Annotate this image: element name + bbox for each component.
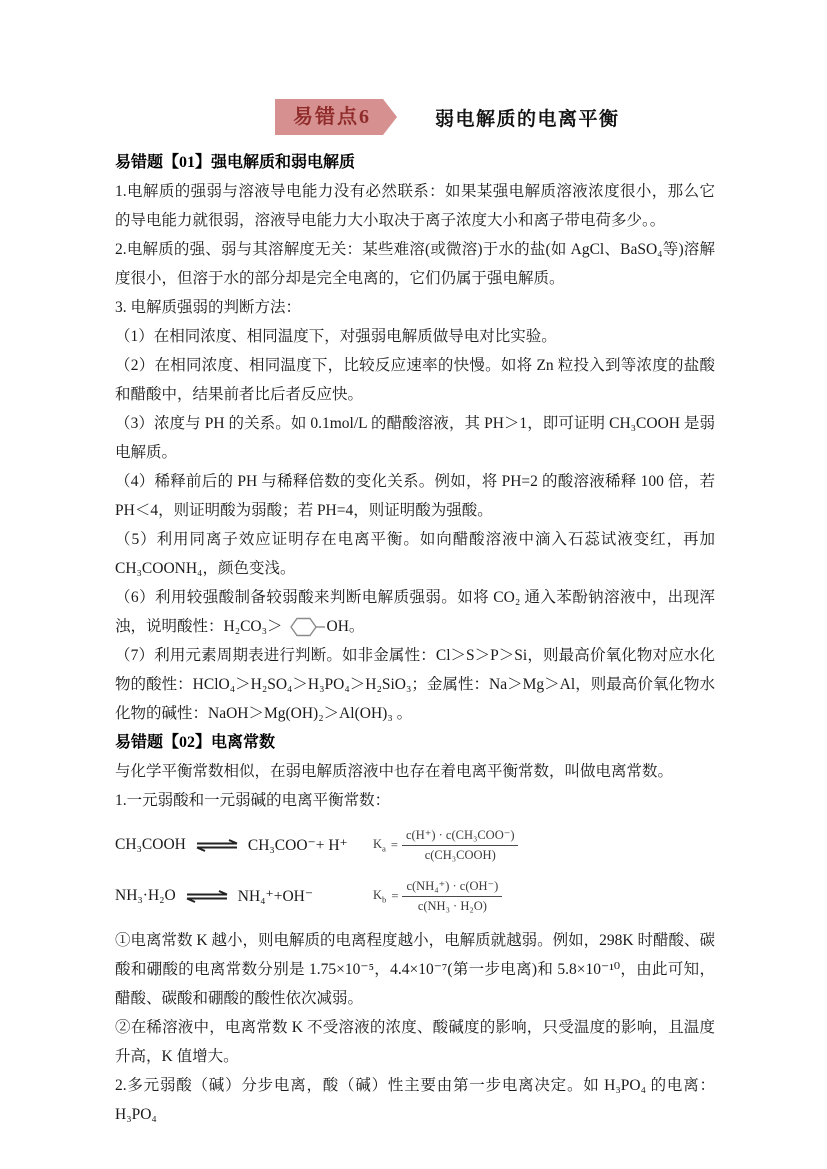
equation-ammonia: NH₃·H₂O NH₄⁺+OH⁻ Kb = c(NH₄⁺) · c(OH⁻) c… bbox=[115, 875, 715, 917]
list-item-7: （7）利用元素周期表进行判断。如非金属性：Cl＞S＞P＞Si，则最高价氧化物对应… bbox=[115, 641, 715, 728]
document-content: 易错点6 弱电解质的电离平衡 易错题【01】强电解质和弱电解质 1.电解质的强弱… bbox=[115, 96, 715, 1129]
list-item-6-text: （6）利用较强酸制备较弱酸来判断电解质强弱。如将 CO₂ 通入苯酚钠溶液中，出现… bbox=[115, 589, 715, 635]
equals-sign: = bbox=[391, 889, 398, 904]
equation-lhs: NH₃·H₂O bbox=[115, 887, 176, 905]
equation-ammonia-expression: NH₃·H₂O NH₄⁺+OH⁻ bbox=[115, 887, 373, 906]
note-circle-1: ①电离常数 K 越小，则电解质的电离程度越小，电解质就越弱。例如，298K 时醋… bbox=[115, 926, 715, 1013]
banner-tag-label: 易错点6 bbox=[293, 106, 371, 128]
ka-denominator: c(CH₃COOH) bbox=[402, 846, 519, 864]
equals-sign: = bbox=[391, 838, 398, 853]
equation-acetic-acid: CH₃COOH CH₃COO⁻+ H⁺ Ka = c(H⁺) · c(CH₃CO… bbox=[115, 824, 715, 866]
section-01-header: 易错题【01】强电解质和弱电解质 bbox=[115, 148, 715, 177]
paragraph-solubility: 2.电解质的强、弱与其溶解度无关：某些难溶(或微溶)于水的盐(如 AgCl、Ba… bbox=[115, 235, 715, 293]
equilibrium-arrow-icon bbox=[194, 839, 240, 852]
equation-rhs: NH₄⁺+OH⁻ bbox=[238, 887, 313, 906]
ka-numerator: c(H⁺) · c(CH₃COO⁻) bbox=[402, 827, 519, 846]
list-item-3: （3）浓度与 PH 的关系。如 0.1mol/L 的醋酸溶液，其 PH＞1，即可… bbox=[115, 409, 715, 467]
paragraph-strong-weak-link: 1.电解质的强弱与溶液导电能力没有必然联系：如果某强电解质溶液浓度很小，那么它的… bbox=[115, 177, 715, 235]
document-page: 易错点6 弱电解质的电离平衡 易错题【01】强电解质和弱电解质 1.电解质的强弱… bbox=[0, 0, 827, 1169]
paragraph-monoacid-base: 1.一元弱酸和一元弱碱的电离平衡常数： bbox=[115, 786, 715, 815]
list-item-2: （2）在相同浓度、相同温度下，比较反应速率的快慢。如将 Zn 粒投入到等浓度的盐… bbox=[115, 351, 715, 409]
list-item-5: （5）利用同离子效应证明存在电离平衡。如向醋酸溶液中滴入石蕊试液变红，再加CH₃… bbox=[115, 525, 715, 583]
section-02-header: 易错题【02】电离常数 bbox=[115, 728, 715, 757]
paragraph-ionization-intro: 与化学平衡常数相似，在弱电解质溶液中也存在着电离平衡常数，叫做电离常数。 bbox=[115, 757, 715, 786]
equilibrium-arrow-icon bbox=[184, 890, 230, 903]
ka-formula: Ka = c(H⁺) · c(CH₃COO⁻) c(CH₃COOH) bbox=[373, 827, 518, 864]
banner-tag: 易错点6 bbox=[275, 99, 397, 135]
kb-symbol: Kb bbox=[373, 888, 386, 905]
kb-numerator: c(NH₄⁺) · c(OH⁻) bbox=[402, 878, 502, 897]
ka-symbol: Ka bbox=[373, 837, 386, 854]
list-item-1: （1）在相同浓度、相同温度下，对强弱电解质做导电对比实验。 bbox=[115, 322, 715, 351]
equation-lhs: CH₃COOH bbox=[115, 836, 186, 854]
page-title: 弱电解质的电离平衡 bbox=[435, 104, 620, 131]
equation-rhs: CH₃COO⁻+ H⁺ bbox=[248, 836, 348, 855]
equation-acetic-acid-expression: CH₃COOH CH₃COO⁻+ H⁺ bbox=[115, 836, 373, 855]
paragraph-judge-methods: 3. 电解质强弱的判断方法： bbox=[115, 293, 715, 322]
list-item-6-tail: OH。 bbox=[327, 618, 365, 635]
list-item-4: （4）稀释前后的 PH 与稀释倍数的变化关系。例如，将 PH=2 的酸溶液稀释 … bbox=[115, 467, 715, 525]
title-banner: 易错点6 弱电解质的电离平衡 bbox=[275, 96, 715, 138]
kb-fraction: c(NH₄⁺) · c(OH⁻) c(NH₃ · H₂O) bbox=[402, 878, 502, 915]
ka-fraction: c(H⁺) · c(CH₃COO⁻) c(CH₃COOH) bbox=[402, 827, 519, 864]
note-circle-2: ②在稀溶液中，电离常数 K 不受溶液的浓度、酸碱度的影响，只受温度的影响，且温度… bbox=[115, 1013, 715, 1071]
kb-formula: Kb = c(NH₄⁺) · c(OH⁻) c(NH₃ · H₂O) bbox=[373, 878, 502, 915]
paragraph-polyprotic: 2.多元弱酸（碱）分步电离，酸（碱）性主要由第一步电离决定。如 H₃PO₄ 的电… bbox=[115, 1071, 715, 1129]
kb-denominator: c(NH₃ · H₂O) bbox=[402, 897, 502, 915]
list-item-6: （6）利用较强酸制备较弱酸来判断电解质强弱。如将 CO₂ 通入苯酚钠溶液中，出现… bbox=[115, 583, 715, 641]
benzene-ring-icon bbox=[284, 615, 326, 639]
